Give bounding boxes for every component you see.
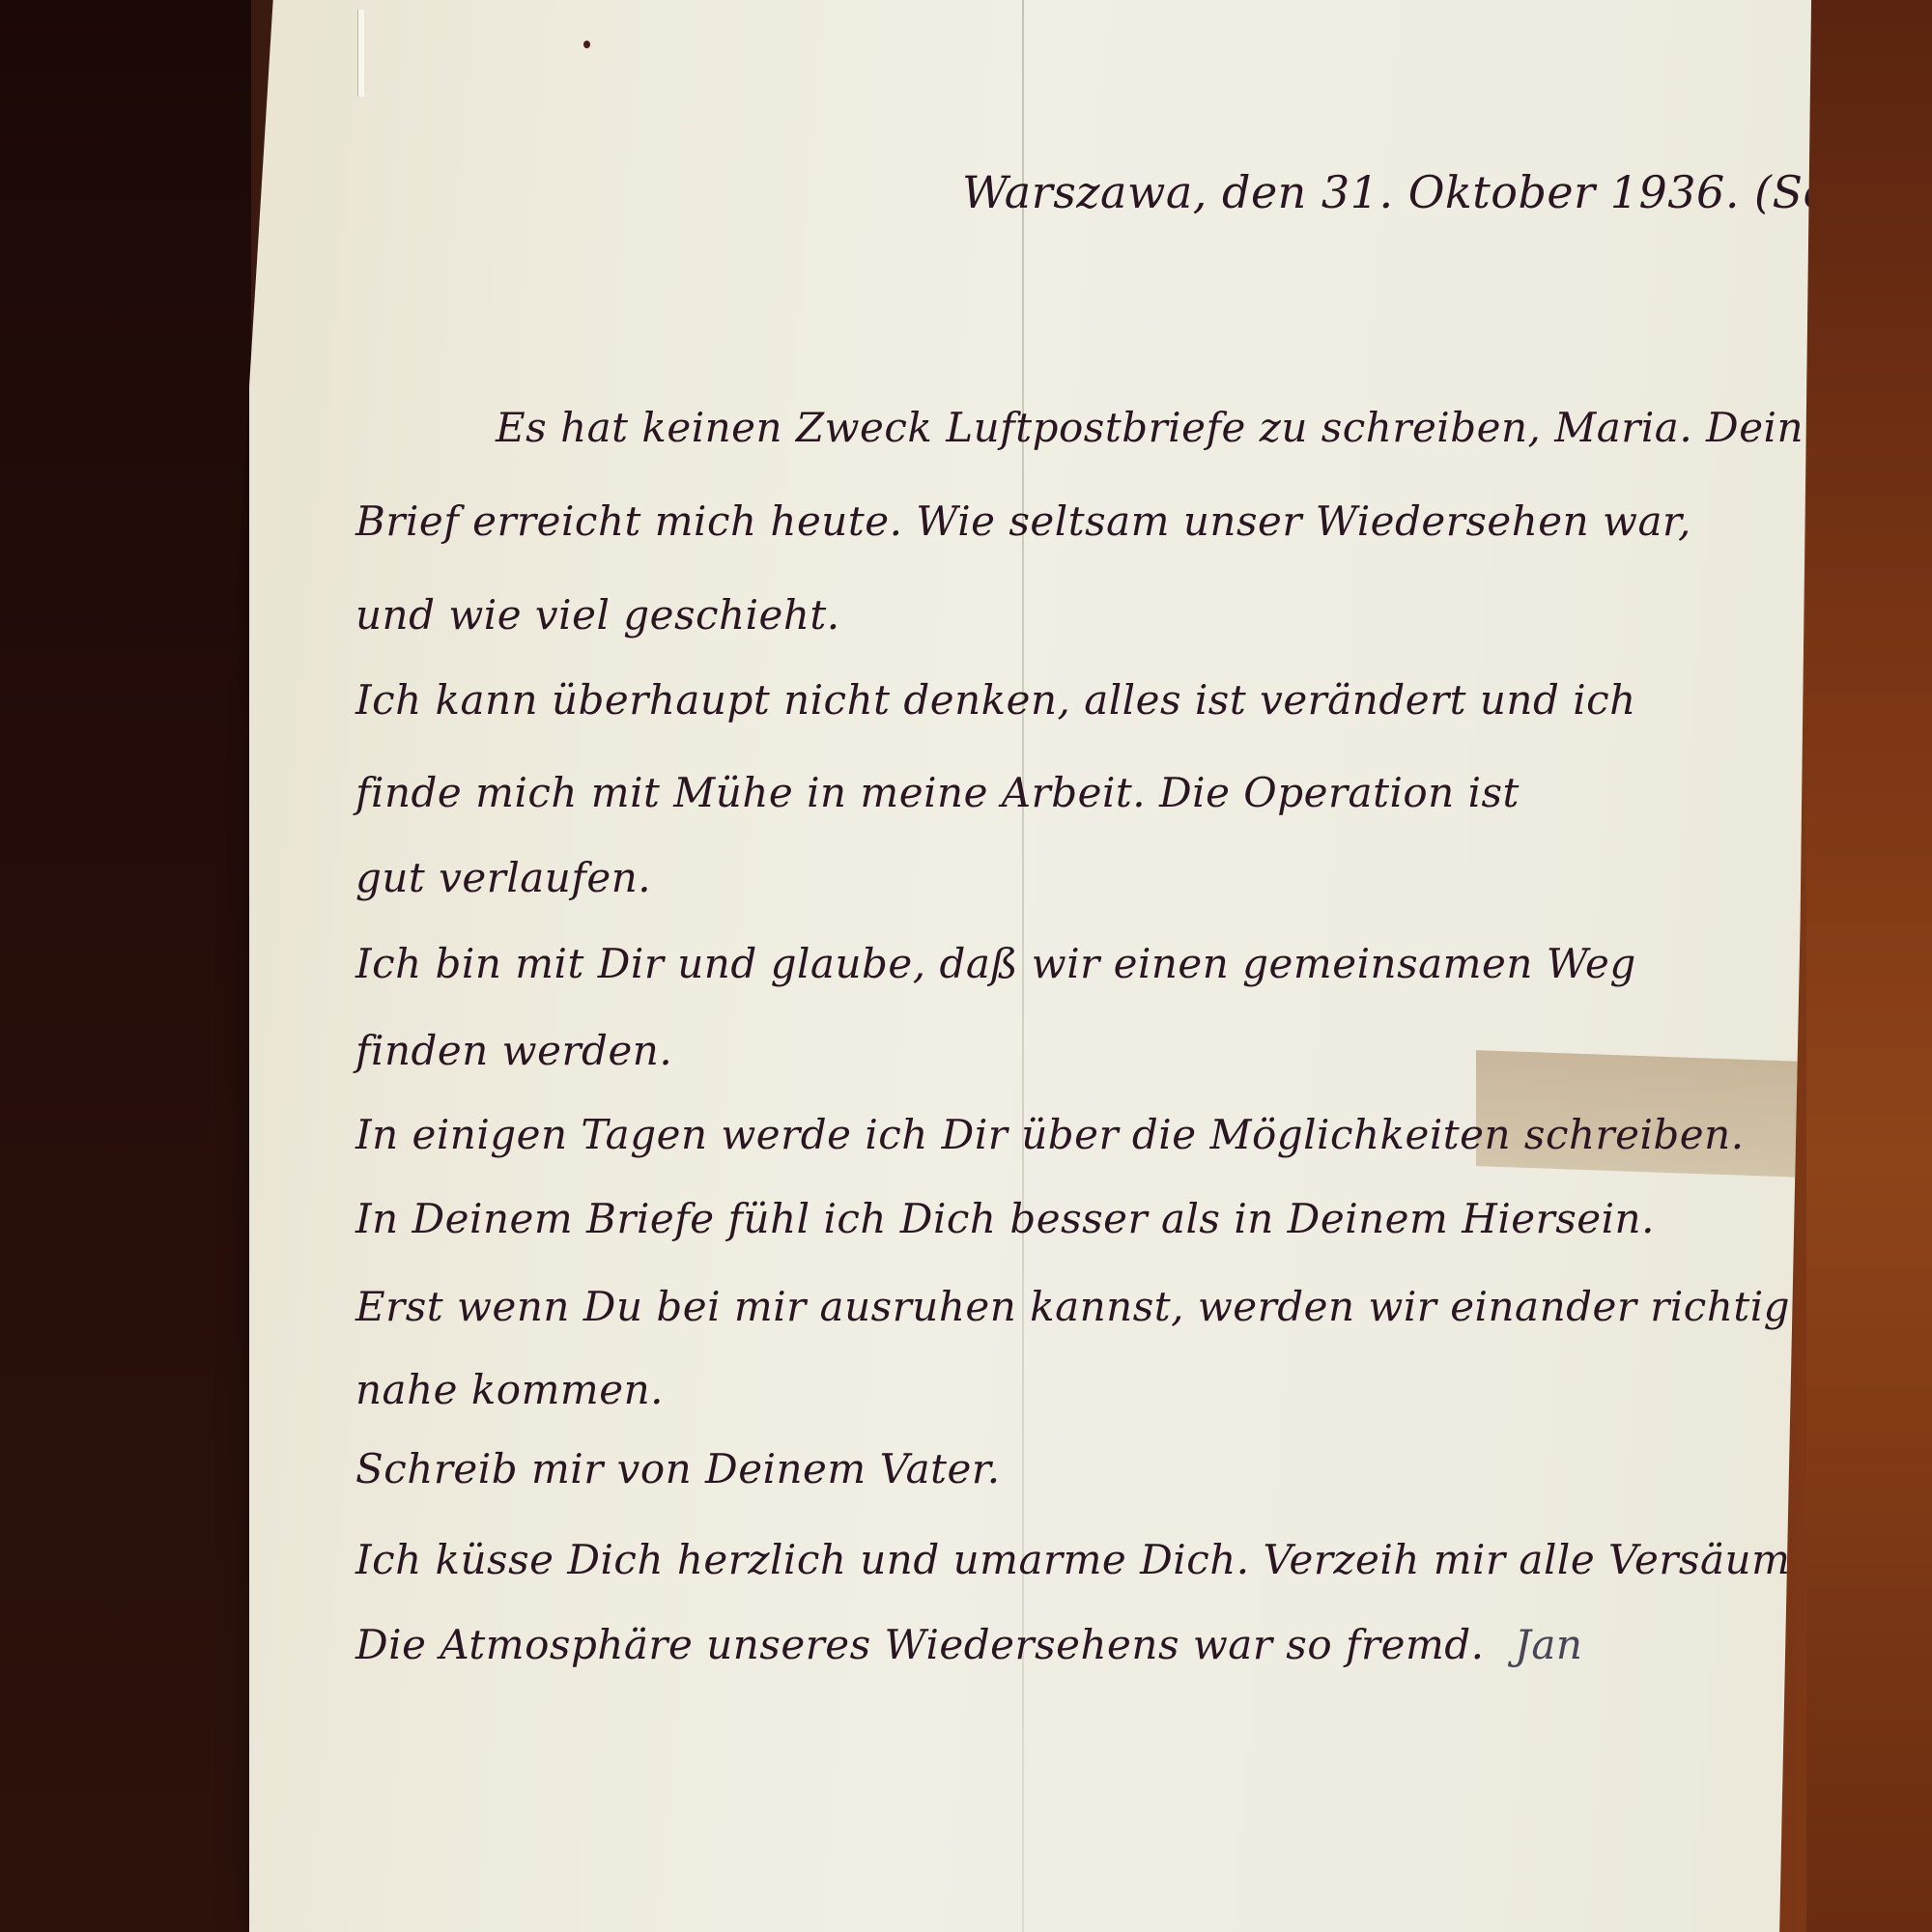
letter-line-9: In einigen Tagen werde ich Dir über die … <box>355 1111 1745 1158</box>
letter-signature: Jan <box>1515 1621 1582 1668</box>
letter-line-6: gut verlaufen. <box>355 854 651 901</box>
table-surface-right <box>1806 0 1932 1932</box>
letter-line-13: Schreib mir von Deinem Vater. <box>355 1445 1001 1492</box>
paper-tear <box>357 10 364 97</box>
letter-line-5: finde mich mit Mühe in meine Arbeit. Die… <box>355 769 1520 816</box>
letter-line-14: Ich küsse Dich herzlich und umarme Dich.… <box>355 1536 1911 1583</box>
letter-line-3: und wie viel geschieht. <box>355 591 840 639</box>
letter-line-11: Erst wenn Du bei mir ausruhen kannst, we… <box>355 1283 1790 1330</box>
letter-line-1: Es hat keinen Zweck Luftpostbriefe zu sc… <box>496 404 1804 451</box>
letter-line-12: nahe kommen. <box>355 1366 664 1413</box>
table-surface-left <box>0 0 251 1932</box>
letter-line-7: Ich bin mit Dir und glaube, daß wir eine… <box>355 940 1636 987</box>
letter-line-2: Brief erreicht mich heute. Wie seltsam u… <box>355 497 1691 545</box>
ink-spot <box>583 41 590 48</box>
letter-sheet: Warszawa, den 31. Oktober 1936. (Sonnabe… <box>249 0 1838 1932</box>
letter-line-15: Die Atmosphäre unseres Wiedersehens war … <box>355 1621 1485 1668</box>
letter-dateline: Warszawa, den 31. Oktober 1936. (Sonnabe… <box>962 166 1932 218</box>
letter-line-8: finden werden. <box>355 1027 672 1074</box>
letter-line-4: Ich kann überhaupt nicht denken, alles i… <box>355 676 1636 724</box>
letter-line-10: In Deinem Briefe fühl ich Dich besser al… <box>355 1195 1655 1242</box>
